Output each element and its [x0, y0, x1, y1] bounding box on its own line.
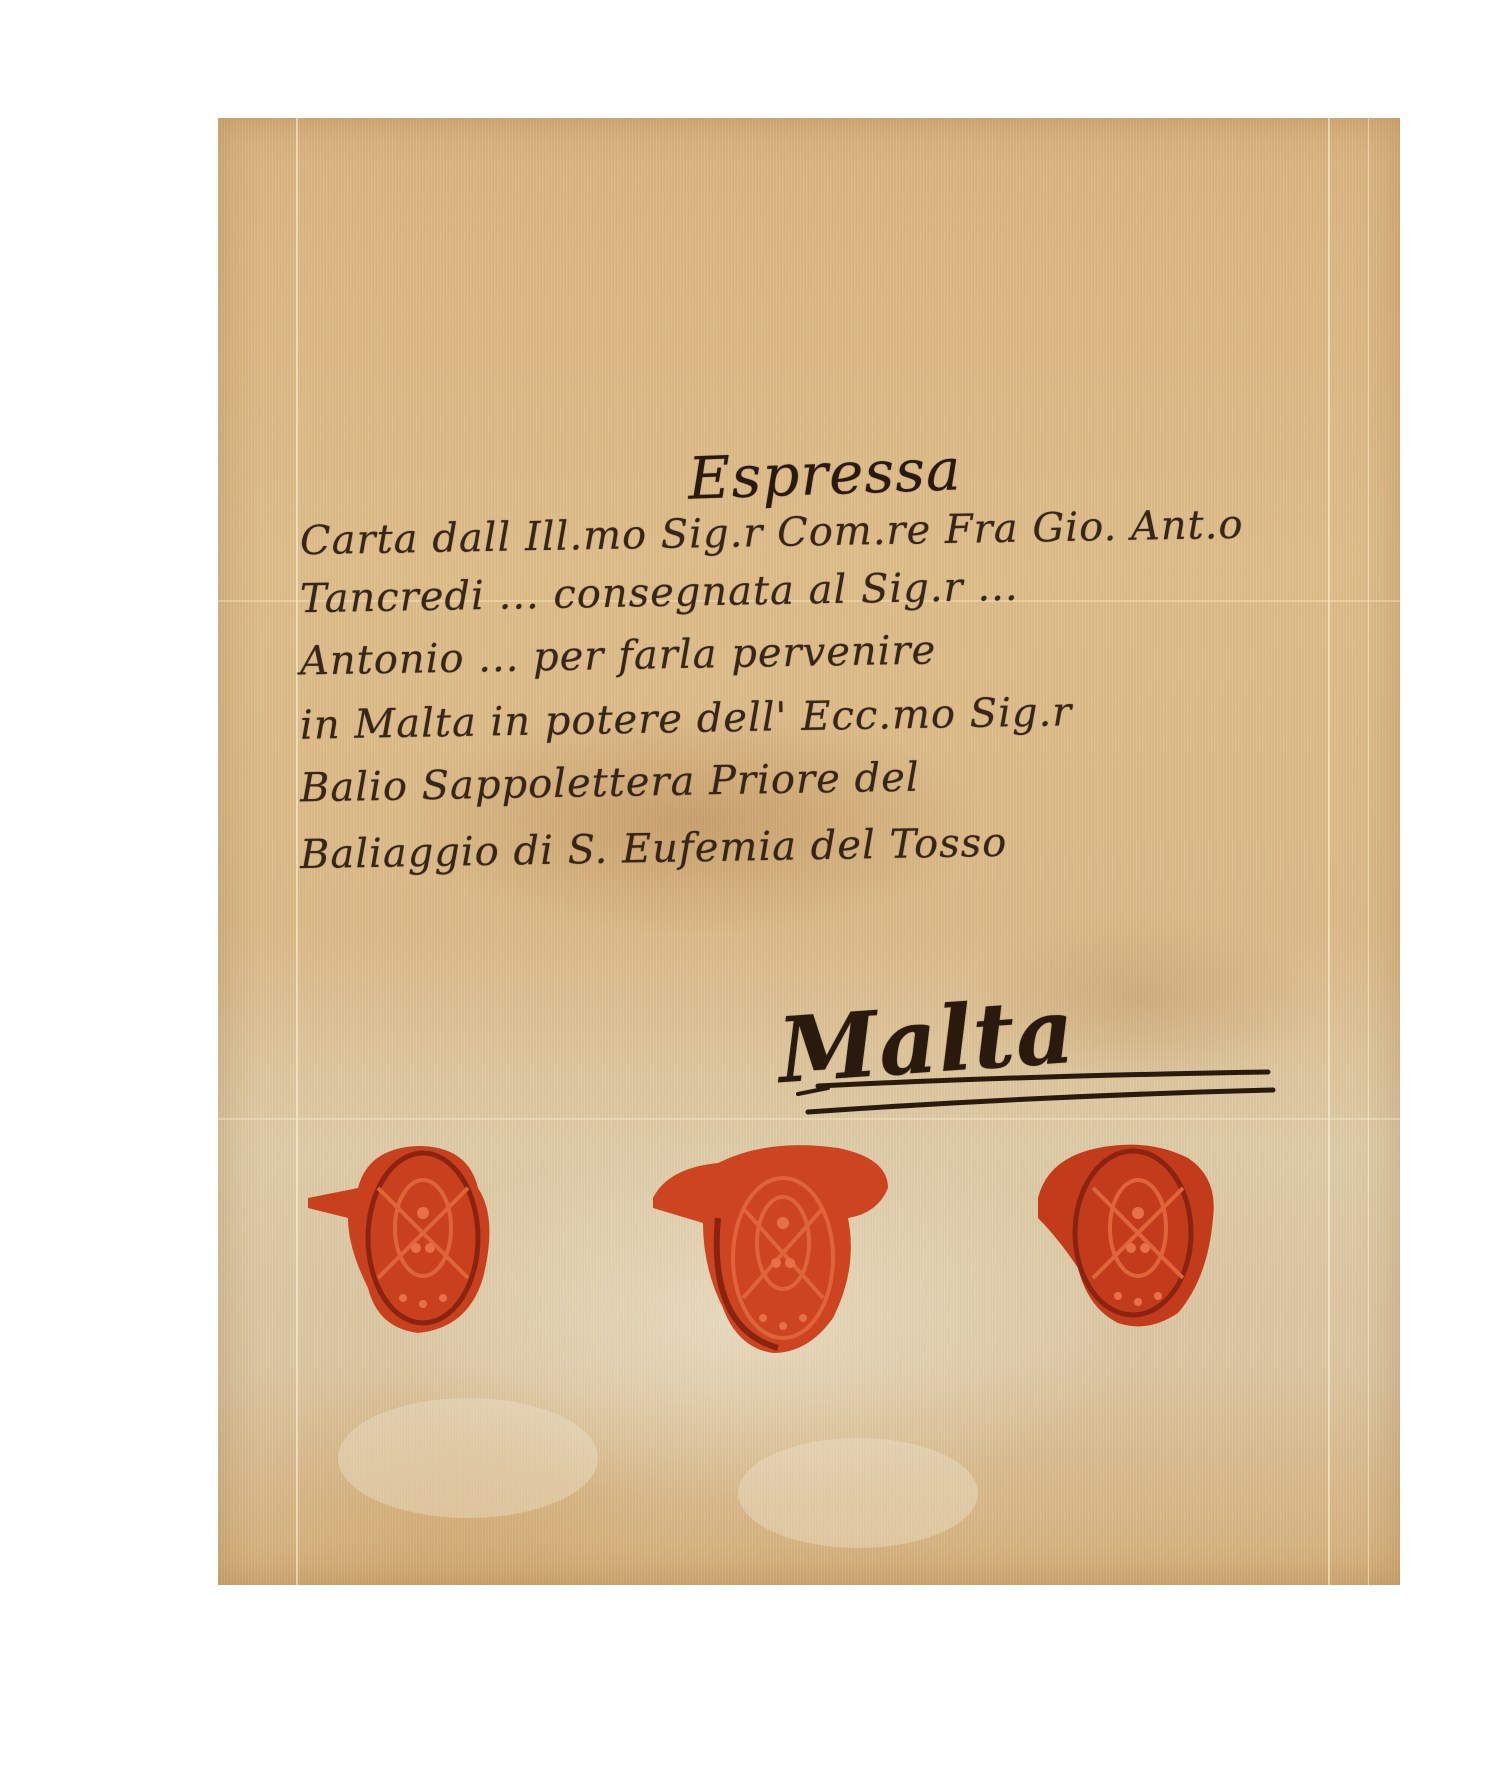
fold-line: [296, 118, 298, 1585]
manuscript-line-1: Carta dall Ill.mo Sig.r Com.re Fra Gio. …: [300, 502, 1244, 564]
parchment-page: Espressa Carta dall Ill.mo Sig.r Com.re …: [218, 118, 1400, 1585]
manuscript-line-6: Baliaggio di S. Eufemia del Tosso: [300, 820, 1008, 878]
wax-seal-center: [648, 1128, 908, 1358]
manuscript-line-3: Antonio ... per farla pervenire: [300, 627, 937, 684]
wax-seal-left: [298, 1128, 518, 1338]
fold-line: [1368, 118, 1369, 1585]
signature-flourish-icon: [758, 1068, 1278, 1128]
document-heading: Espressa: [687, 435, 963, 512]
water-stain: [738, 1438, 978, 1548]
fold-line: [1328, 118, 1330, 1585]
wax-seal-right: [1018, 1128, 1238, 1338]
water-stain: [338, 1398, 598, 1518]
manuscript-line-4: in Malta in potere dell' Ecc.mo Sig.r: [300, 689, 1073, 748]
manuscript-line-2: Tancredi ... consegnata al Sig.r ...: [300, 564, 1019, 623]
manuscript-line-5: Balio Sappolettera Priore del: [300, 755, 920, 812]
